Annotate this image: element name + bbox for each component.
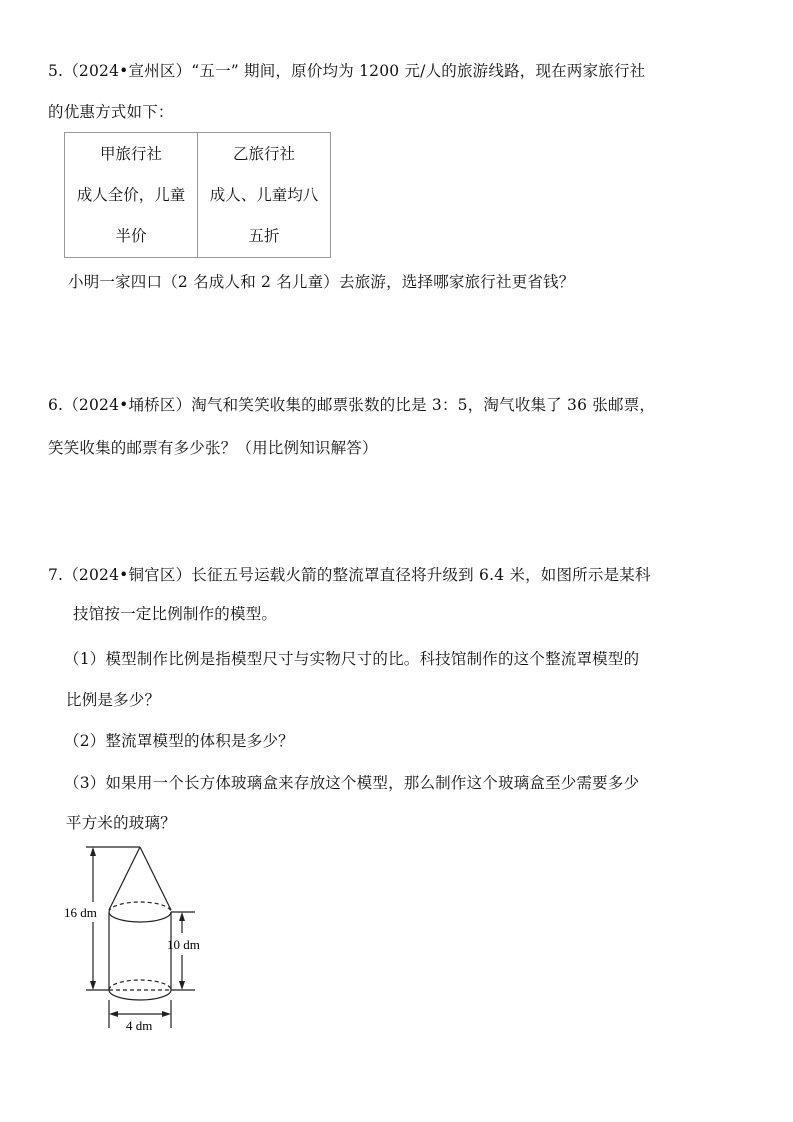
agency-yi-offer-line-2: 五折 [198,216,330,257]
agency-yi-offer-line-1: 成人、儿童均八 [198,175,330,216]
top-ellipse-front [109,912,171,922]
rocket-fairing-model-figure: 16 dm 10 dm 4 dm [60,838,220,1033]
agency-jia-cell: 甲旅行社 成人全价，儿童 半价 [65,133,198,258]
question-7-part-1-line-1: （1）模型制作比例是指模型尺寸与实物尺寸的比。科技馆制作的这个整流罩模型的 [64,649,639,669]
question-7-part-3-line-1: （3）如果用一个长方体玻璃盒来存放这个模型，那么制作这个玻璃盒至少需要多少 [64,773,639,793]
question-5-line-1: 5.（2024•宣州区）“五一” 期间，原价均为 1200 元/人的旅游线路，现… [48,61,645,81]
question-6-line-1: 6.（2024•埇桥区）淘气和笑笑收集的邮票张数的比是 3：5，淘气收集了 36… [48,395,655,415]
agency-jia-offer-line-2: 半价 [65,216,197,257]
cone-left-edge [109,847,140,910]
cylinder-height-label: 10 dm [167,937,200,952]
question-7-part-1-line-2: 比例是多少？ [66,690,160,710]
agency-jia-header: 甲旅行社 [65,134,197,175]
agency-yi-header: 乙旅行社 [198,134,330,175]
question-6-line-2: 笑笑收集的邮票有多少张？（用比例知识解答） [48,438,378,458]
top-ellipse-back [109,902,171,912]
total-height-label: 16 dm [64,905,97,920]
agency-jia-offer-line-1: 成人全价，儿童 [65,175,197,216]
question-7-line-2: 技馆按一定比例制作的模型。 [73,604,277,624]
question-7-part-2: （2）整流罩模型的体积是多少？ [64,731,294,751]
agency-yi-cell: 乙旅行社 成人、儿童均八 五折 [198,133,331,258]
question-5-line-2: 的优惠方式如下： [48,102,174,122]
question-5-prompt: 小明一家四口（2 名成人和 2 名儿童）去旅游，选择哪家旅行社更省钱？ [68,272,575,292]
cone-right-edge [140,847,171,910]
travel-agency-offer-table: 甲旅行社 成人全价，儿童 半价 乙旅行社 成人、儿童均八 五折 [64,132,331,258]
question-7-line-1: 7.（2024•铜官区）长征五号运载火箭的整流罩直径将升级到 6.4 米，如图所… [48,565,651,585]
question-7-part-3-line-2: 平方米的玻璃？ [66,813,176,833]
diameter-label: 4 dm [126,1018,152,1033]
